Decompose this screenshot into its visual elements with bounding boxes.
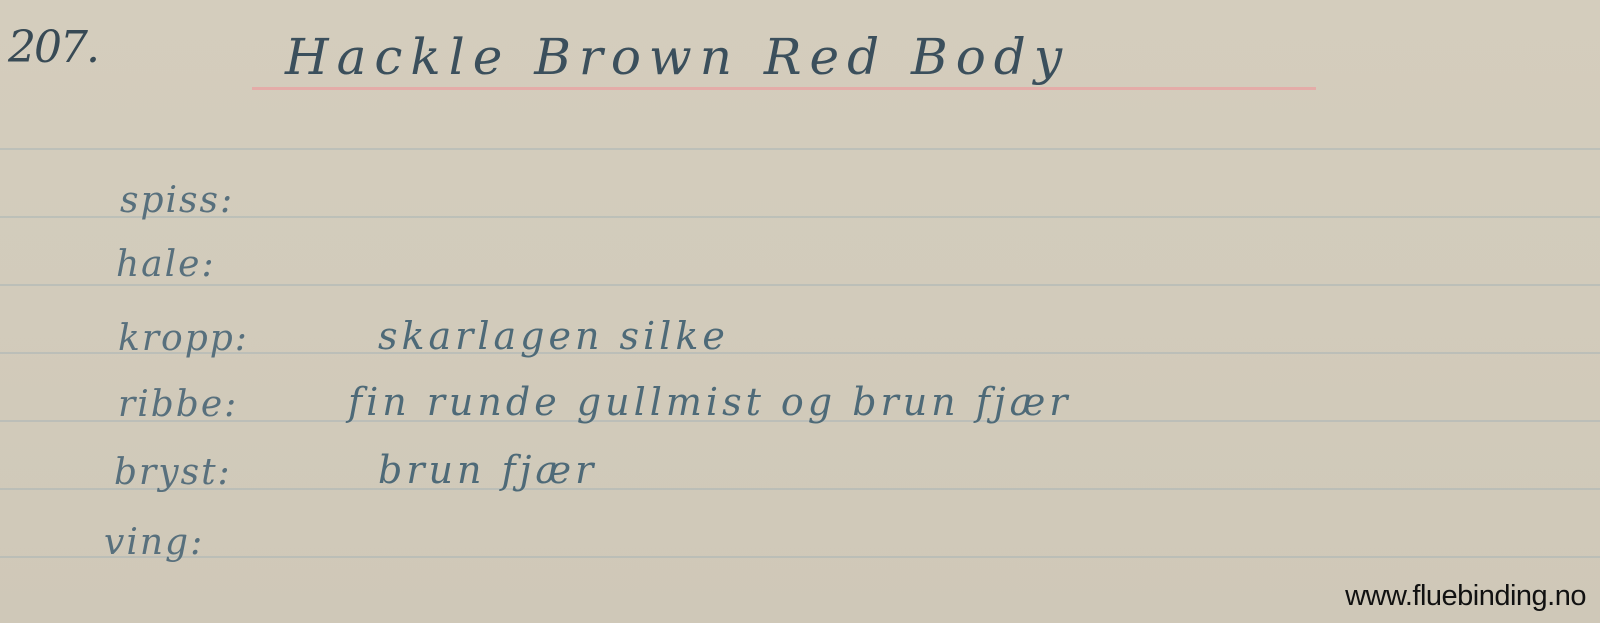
ruled-line <box>0 556 1600 558</box>
field-label-bryst: bryst: <box>114 452 232 493</box>
field-label-ving: ving: <box>104 522 204 563</box>
field-value-kropp: skarlagen silke <box>378 314 729 358</box>
field-value-bryst: brun fjær <box>378 448 597 492</box>
entry-number: 207. <box>8 22 98 73</box>
field-label-kropp: kropp: <box>118 318 249 359</box>
ruled-line <box>0 284 1600 286</box>
fly-title: Hackle Brown Red Body <box>285 28 1070 86</box>
field-label-hale: hale: <box>116 244 216 285</box>
field-label-spiss: spiss: <box>120 180 234 221</box>
notebook-page: 207. Hackle Brown Red Body spiss: hale: … <box>0 0 1600 623</box>
ruled-line <box>0 148 1600 150</box>
field-label-ribbe: ribbe: <box>118 384 238 425</box>
ruled-line <box>0 216 1600 218</box>
title-underline <box>252 87 1316 90</box>
ruled-line <box>0 488 1600 490</box>
watermark-url: www.fluebinding.no <box>1345 580 1586 613</box>
field-value-ribbe: fin runde gullmist og brun fjær <box>348 380 1071 424</box>
